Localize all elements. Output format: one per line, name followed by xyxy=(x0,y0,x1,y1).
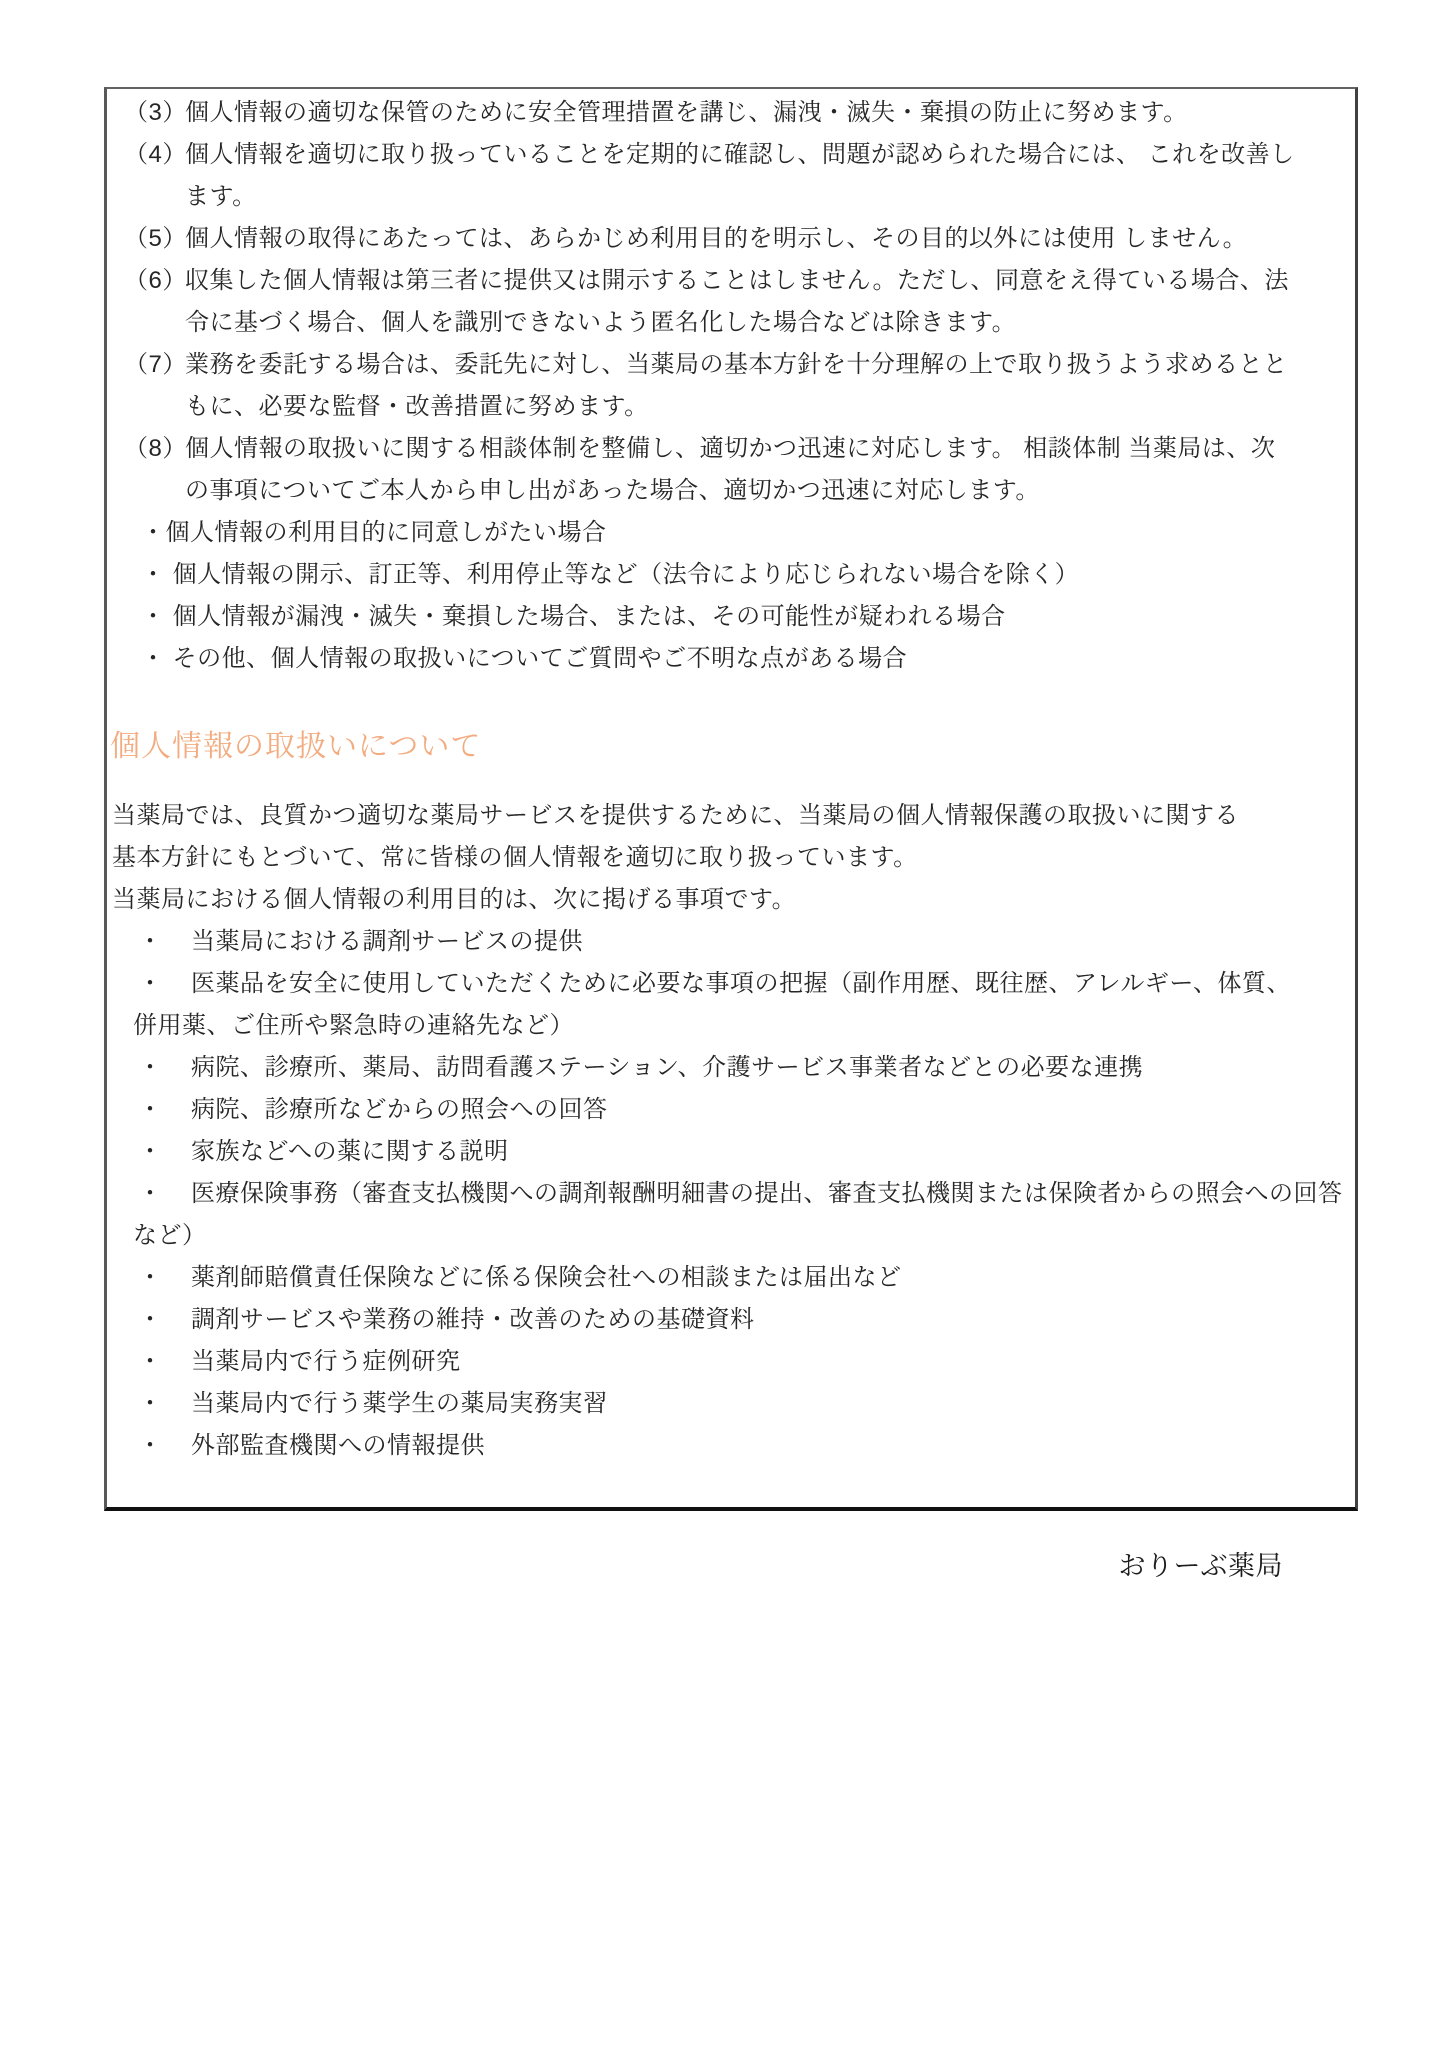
handling-intro: 当薬局では、良質かつ適切な薬局サービスを提供するために、当薬局の個人情報保護の取… xyxy=(107,795,1355,921)
policy-item: （7）業務を委託する場合は、委託先に対し、当薬局の基本方針を十分理解の上で取り扱… xyxy=(107,344,1355,428)
policy-item-line: 令に基づく場合、個人を識別できないよう匿名化した場合などは除きます。 xyxy=(107,302,1355,344)
purpose-item-line: 外部監査機関への情報提供 xyxy=(107,1425,1355,1467)
policy-item-number: （8） xyxy=(124,428,187,470)
purpose-item: 薬剤師賠償責任保険などに係る保険会社への相談または届出など・ xyxy=(107,1257,1355,1299)
purpose-item-line: 調剤サービスや業務の維持・改善のための基礎資料 xyxy=(107,1299,1355,1341)
purpose-item-line: 当薬局内で行う薬学生の薬局実務実習 xyxy=(107,1383,1355,1425)
purpose-item: 医薬品を安全に使用していただくために必要な事項の把握（副作用歴、既往歴、アレルギ… xyxy=(107,963,1355,1047)
policy-item: （8）個人情報の取扱いに関する相談体制を整備し、適切かつ迅速に対応します。 相談… xyxy=(107,428,1355,512)
policy-item-line: ます。 xyxy=(107,176,1355,218)
bullet-marker: ・ xyxy=(138,1089,162,1131)
purpose-item-line: 医療保険事務（審査支払機関への調剤報酬明細書の提出、審査支払機関または保険者から… xyxy=(107,1173,1355,1215)
policy-item-line: （8）個人情報の取扱いに関する相談体制を整備し、適切かつ迅速に対応します。 相談… xyxy=(107,428,1355,470)
purpose-item: 病院、診療所、薬局、訪問看護ステーション、介護サービス事業者などとの必要な連携・ xyxy=(107,1047,1355,1089)
policy-item-number: （7） xyxy=(124,344,187,386)
numbered-policy-list: （3）個人情報の適切な保管のために安全管理措置を講じ、漏洩・滅失・棄損の防止に努… xyxy=(107,92,1355,512)
purpose-item: 医療保険事務（審査支払機関への調剤報酬明細書の提出、審査支払機関または保険者から… xyxy=(107,1173,1355,1257)
bullet-marker: ・ xyxy=(138,963,162,1005)
bullet-marker: ・ xyxy=(138,1341,162,1383)
consultation-case-line: ・ 個人情報が漏洩・滅失・棄損した場合、または、その可能性が疑われる場合 xyxy=(107,596,1355,638)
bullet-marker: ・ xyxy=(138,1047,162,1089)
policy-item-line: （5）個人情報の取得にあたっては、あらかじめ利用目的を明示し、その目的以外には使… xyxy=(107,218,1355,260)
policy-item: （3）個人情報の適切な保管のために安全管理措置を講じ、漏洩・滅失・棄損の防止に努… xyxy=(107,92,1355,134)
purpose-item: 家族などへの薬に関する説明・ xyxy=(107,1131,1355,1173)
handling-section-heading: 個人情報の取扱いについて xyxy=(107,724,1355,770)
purpose-item-line: 家族などへの薬に関する説明 xyxy=(107,1131,1355,1173)
policy-item: （5）個人情報の取得にあたっては、あらかじめ利用目的を明示し、その目的以外には使… xyxy=(107,218,1355,260)
purpose-item-line: 医薬品を安全に使用していただくために必要な事項の把握（副作用歴、既往歴、アレルギ… xyxy=(107,963,1355,1005)
purpose-item: 当薬局内で行う症例研究・ xyxy=(107,1341,1355,1383)
purpose-list: 当薬局における調剤サービスの提供・医薬品を安全に使用していただくために必要な事項… xyxy=(107,921,1355,1467)
purpose-item: 病院、診療所などからの照会への回答・ xyxy=(107,1089,1355,1131)
intro-line: 当薬局では、良質かつ適切な薬局サービスを提供するために、当薬局の個人情報保護の取… xyxy=(107,795,1355,837)
policy-item-line: （4）個人情報を適切に取り扱っていることを定期的に確認し、問題が認められた場合に… xyxy=(107,134,1355,176)
consultation-case-line: ・個人情報の利用目的に同意しがたい場合 xyxy=(107,512,1355,554)
policy-item-number: （6） xyxy=(124,260,187,302)
bullet-marker: ・ xyxy=(138,1131,162,1173)
policy-box: （3）個人情報の適切な保管のために安全管理措置を講じ、漏洩・滅失・棄損の防止に努… xyxy=(104,87,1358,1511)
consultation-case-list: ・個人情報の利用目的に同意しがたい場合・ 個人情報の開示、訂正等、利用停止等など… xyxy=(107,512,1355,680)
purpose-item-line: 併用薬、ご住所や緊急時の連絡先など） xyxy=(107,1005,1355,1047)
privacy-policy-page: （3）個人情報の適切な保管のために安全管理措置を講じ、漏洩・滅失・棄損の防止に努… xyxy=(0,0,1449,2048)
purpose-item: 調剤サービスや業務の維持・改善のための基礎資料・ xyxy=(107,1299,1355,1341)
bullet-marker: ・ xyxy=(138,1383,162,1425)
policy-item-line: もに、必要な監督・改善措置に努めます。 xyxy=(107,386,1355,428)
purpose-item-line: 当薬局における調剤サービスの提供 xyxy=(107,921,1355,963)
bullet-marker: ・ xyxy=(138,1299,162,1341)
policy-item-line: の事項についてご本人から申し出があった場合、適切かつ迅速に対応します。 xyxy=(107,470,1355,512)
intro-line: 当薬局における個人情報の利用目的は、次に掲げる事項です。 xyxy=(107,879,1355,921)
purpose-item-line: 病院、診療所、薬局、訪問看護ステーション、介護サービス事業者などとの必要な連携 xyxy=(107,1047,1355,1089)
consultation-case-line: ・ その他、個人情報の取扱いについてご質問やご不明な点がある場合 xyxy=(107,638,1355,680)
policy-item-number: （4） xyxy=(124,134,187,176)
purpose-item: 外部監査機関への情報提供・ xyxy=(107,1425,1355,1467)
purpose-item-line: 病院、診療所などからの照会への回答 xyxy=(107,1089,1355,1131)
purpose-item-line: など） xyxy=(107,1215,1355,1257)
policy-item-line: （3）個人情報の適切な保管のために安全管理措置を講じ、漏洩・滅失・棄損の防止に努… xyxy=(107,92,1355,134)
policy-item-number: （5） xyxy=(124,218,187,260)
purpose-item: 当薬局における調剤サービスの提供・ xyxy=(107,921,1355,963)
purpose-item: 当薬局内で行う薬学生の薬局実務実習・ xyxy=(107,1383,1355,1425)
bullet-marker: ・ xyxy=(138,1257,162,1299)
policy-item: （6）収集した個人情報は第三者に提供又は開示することはしません。ただし、同意をえ… xyxy=(107,260,1355,344)
purpose-item-line: 当薬局内で行う症例研究 xyxy=(107,1341,1355,1383)
intro-line: 基本方針にもとづいて、常に皆様の個人情報を適切に取り扱っています。 xyxy=(107,837,1355,879)
consultation-case-line: ・ 個人情報の開示、訂正等、利用停止等など（法令により応じられない場合を除く） xyxy=(107,554,1355,596)
purpose-item-line: 薬剤師賠償責任保険などに係る保険会社への相談または届出など xyxy=(107,1257,1355,1299)
pharmacy-signature: おりーぶ薬局 xyxy=(0,1545,1283,1587)
policy-item-number: （3） xyxy=(124,92,187,134)
policy-item-line: （6）収集した個人情報は第三者に提供又は開示することはしません。ただし、同意をえ… xyxy=(107,260,1355,302)
policy-item: （4）個人情報を適切に取り扱っていることを定期的に確認し、問題が認められた場合に… xyxy=(107,134,1355,218)
policy-item-line: （7）業務を委託する場合は、委託先に対し、当薬局の基本方針を十分理解の上で取り扱… xyxy=(107,344,1355,386)
bullet-marker: ・ xyxy=(138,1425,162,1467)
bullet-marker: ・ xyxy=(138,1173,162,1215)
bullet-marker: ・ xyxy=(138,921,162,963)
